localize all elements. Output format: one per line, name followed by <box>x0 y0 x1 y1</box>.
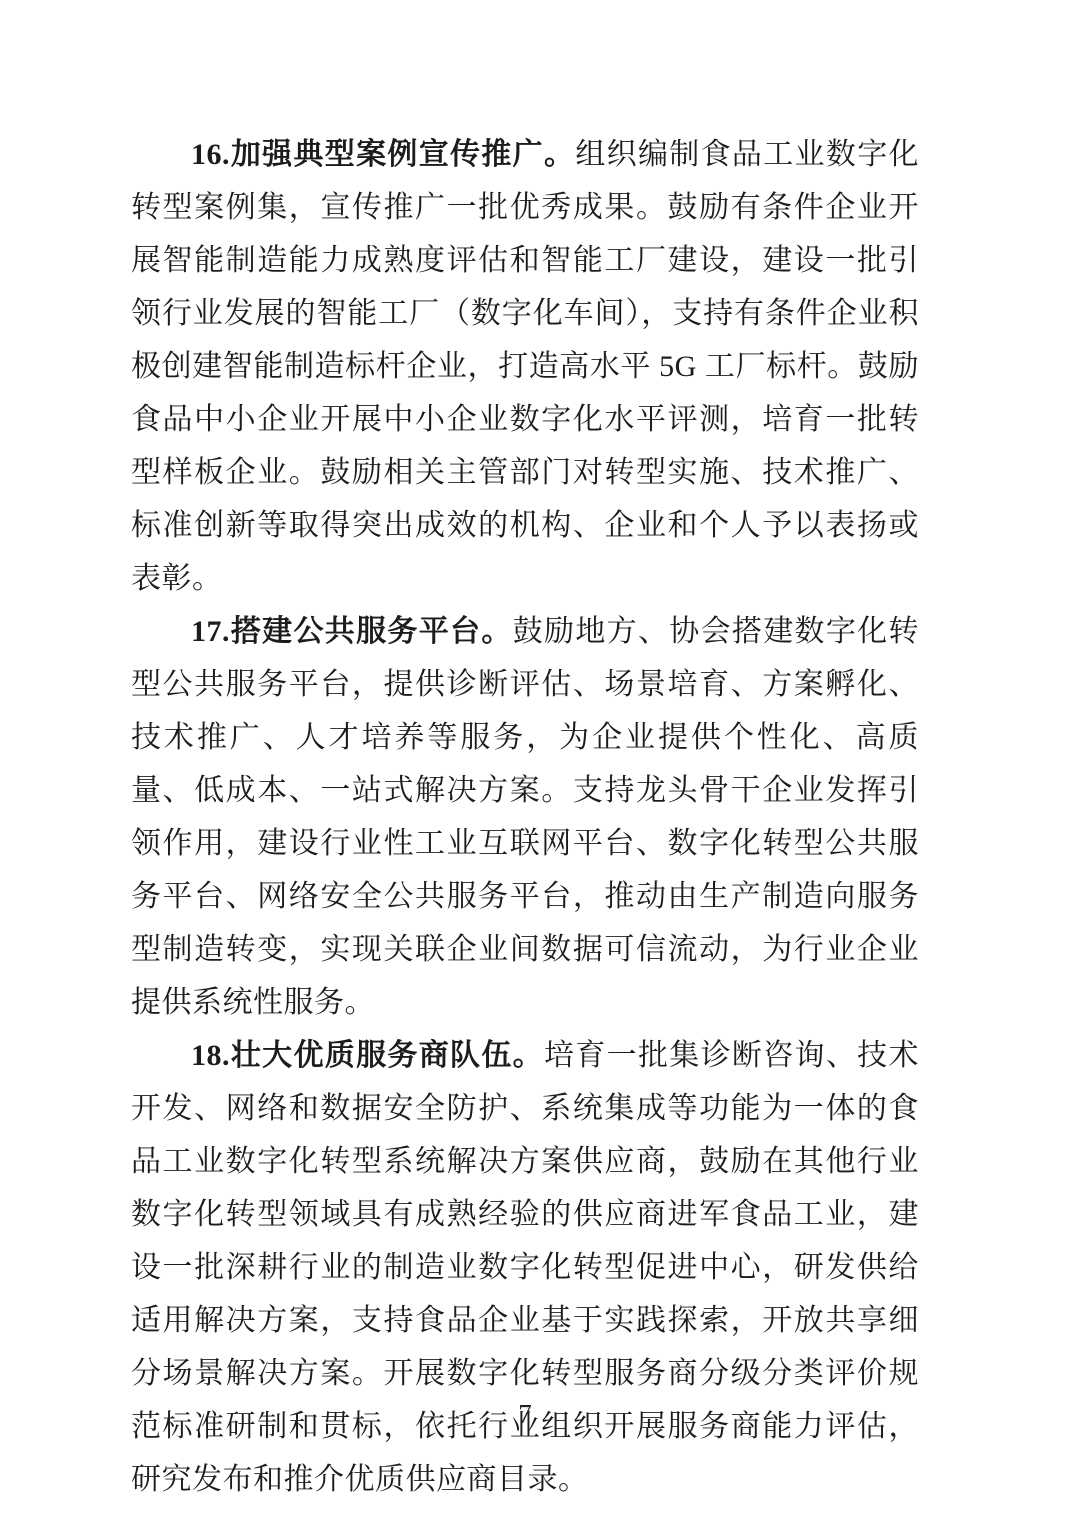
document-page: 16.加强典型案例宣传推广。组织编制食品工业数字化转型案例集，宣传推广一批优秀成… <box>0 0 1074 1520</box>
paragraph-17-heading: 17.搭建公共服务平台。 <box>191 615 513 648</box>
page-number: 7 <box>131 1398 919 1430</box>
paragraph-18: 18.壮大优质服务商队伍。培育一批集诊断咨询、技术开发、网络和数据安全防护、系统… <box>131 1029 919 1506</box>
paragraph-16-heading: 16.加强典型案例宣传推广。 <box>191 138 575 171</box>
paragraph-16: 16.加强典型案例宣传推广。组织编制食品工业数字化转型案例集，宣传推广一批优秀成… <box>131 128 919 605</box>
paragraph-18-heading: 18.壮大优质服务商队伍。 <box>191 1039 544 1072</box>
paragraph-17-text: 鼓励地方、协会搭建数字化转型公共服务平台，提供诊断评估、场景培育、方案孵化、技术… <box>131 615 919 1019</box>
paragraph-16-text: 组织编制食品工业数字化转型案例集，宣传推广一批优秀成果。鼓励有条件企业开展智能制… <box>131 138 919 595</box>
paragraph-17: 17.搭建公共服务平台。鼓励地方、协会搭建数字化转型公共服务平台，提供诊断评估、… <box>131 605 919 1029</box>
document-body: 16.加强典型案例宣传推广。组织编制食品工业数字化转型案例集，宣传推广一批优秀成… <box>131 128 919 1506</box>
